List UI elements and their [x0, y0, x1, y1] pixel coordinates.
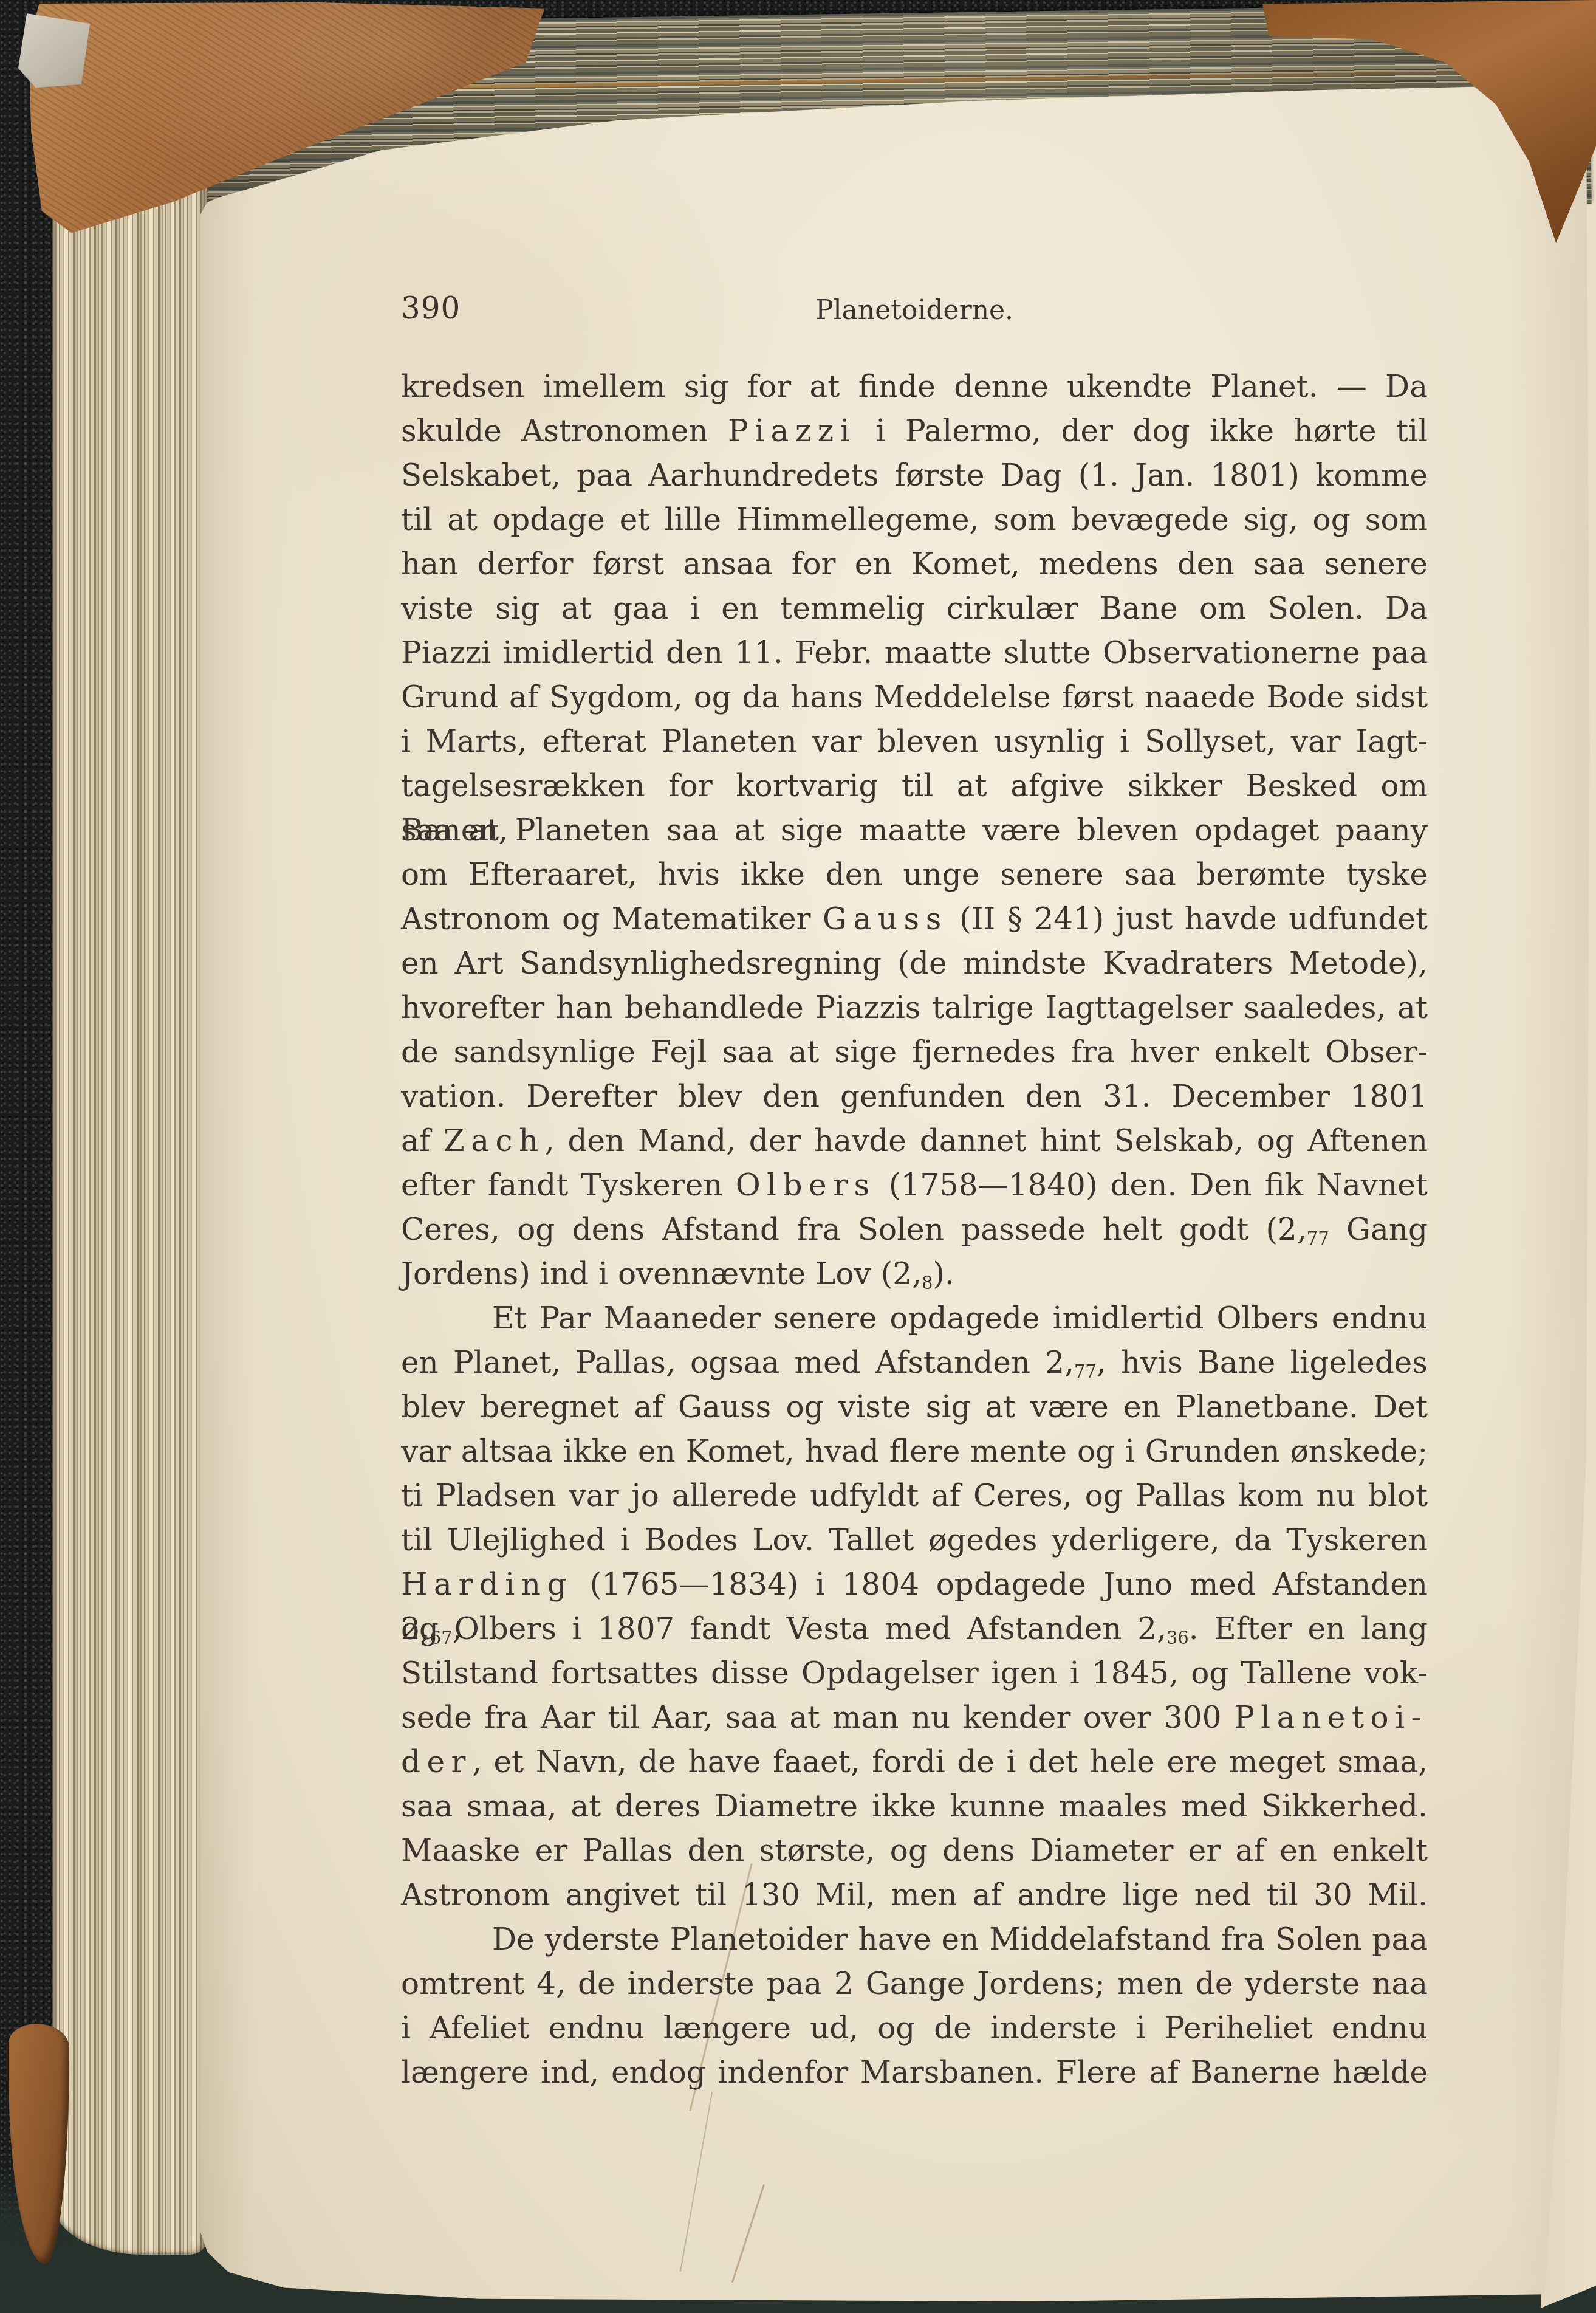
letterspaced-name: Planetoi-: [1234, 1700, 1428, 1735]
text-line: blev beregnet af Gauss og viste sig at v…: [401, 1385, 1428, 1429]
letterspaced-name: Zach: [444, 1123, 545, 1158]
text-line: en Art Sandsynlighedsregning (de mindste…: [401, 941, 1428, 986]
text-line: til at opdage et lille Himmellegeme, som…: [401, 498, 1428, 542]
text-line: Maaske er Pallas den største, og dens Di…: [401, 1829, 1428, 1873]
text-line: var altsaa ikke en Komet, hvad flere men…: [401, 1429, 1428, 1474]
letterspaced-name: Gauss: [823, 901, 948, 937]
text-line: Ceres, og dens Afstand fra Solen passede…: [401, 1208, 1428, 1252]
text-line: Astronom og Matematiker Gauss (II § 241)…: [401, 897, 1428, 941]
subscript-decimal: 8: [922, 1273, 933, 1293]
text-line: Jordens) ind i ovennævnte Lov (2,8).: [401, 1252, 1428, 1296]
text-line: i Marts, efterat Planeten var bleven usy…: [401, 720, 1428, 764]
text-line: Et Par Maaneder senere opdagede imidlert…: [401, 1296, 1428, 1341]
text-line: vation. Derefter blev den genfunden den …: [401, 1074, 1428, 1119]
text-line: saa at Planeten saa at sige maatte være …: [401, 808, 1428, 853]
text-line: efter fandt Tyskeren Olbers (1758—1840) …: [401, 1163, 1428, 1208]
text-line: længere ind, endog indenfor Marsbanen. F…: [401, 2050, 1428, 2095]
text-line: en Planet, Pallas, ogsaa med Afstanden 2…: [401, 1341, 1428, 1385]
page-edges-left: [52, 47, 207, 2255]
text-line: saa smaa, at deres Diametre ikke kunne m…: [401, 1784, 1428, 1829]
page-header-row: 390 Planetoiderne.: [401, 290, 1428, 333]
text-line: Astronom angivet til 130 Mil, men af and…: [401, 1873, 1428, 1917]
letterspaced-name: Olbers: [736, 1167, 876, 1203]
text-line: han derfor først ansaa for en Komet, med…: [401, 542, 1428, 586]
text-line: skulde Astronomen Piazzi i Palermo, der …: [401, 409, 1428, 453]
text-line: hvorefter han behandlede Piazzis talrige…: [401, 986, 1428, 1030]
text-line: Stilstand fortsattes disse Opdagelser ig…: [401, 1651, 1428, 1696]
text-line: i Afeliet endnu længere ud, og de inders…: [401, 2006, 1428, 2050]
paper-scrap-top-left: [18, 13, 90, 88]
subscript-decimal: 77: [1307, 1228, 1329, 1249]
text-line: De yderste Planetoider have en Middelafs…: [401, 1917, 1428, 1962]
paragraph: Et Par Maaneder senere opdagede imidlert…: [401, 1296, 1428, 1917]
running-header: Planetoiderne.: [401, 295, 1428, 326]
subscript-decimal: 77: [1074, 1361, 1097, 1382]
text-line: der, et Navn, de have faaet, fordi de i …: [401, 1740, 1428, 1784]
text-line: tagelsesrækken for kortvarig til at afgi…: [401, 764, 1428, 808]
book-photo: 390 Planetoiderne. kredsen imellem sig f…: [0, 0, 1596, 2313]
text-line: viste sig at gaa i en temmelig cirkulær …: [401, 586, 1428, 631]
book-page: 390 Planetoiderne. kredsen imellem sig f…: [200, 79, 1592, 2303]
paragraph: De yderste Planetoider have en Middelafs…: [401, 1917, 1428, 2095]
text-line: kredsen imellem sig for at finde denne u…: [401, 365, 1428, 409]
text-line: ti Pladsen var jo allerede udfyldt af Ce…: [401, 1474, 1428, 1518]
text-line: om Efteraaret, hvis ikke den unge senere…: [401, 853, 1428, 897]
paragraph: kredsen imellem sig for at finde denne u…: [401, 365, 1428, 1296]
letterspaced-name: der: [401, 1744, 472, 1779]
subscript-decimal: 36: [1166, 1627, 1189, 1648]
text-line: sede fra Aar til Aar, saa at man nu kend…: [401, 1696, 1428, 1740]
text-line: de sandsynlige Fejl saa at sige fjernede…: [401, 1030, 1428, 1074]
text-line: og Olbers i 1807 fandt Vesta med Afstand…: [401, 1607, 1428, 1651]
text-line: omtrent 4, de inderste paa 2 Gange Jorde…: [401, 1962, 1428, 2006]
text-line: Piazzi imidlertid den 11. Febr. maatte s…: [401, 631, 1428, 675]
letterspaced-name: Piazzi: [728, 413, 856, 449]
text-line: af Zach, den Mand, der havde dannet hint…: [401, 1119, 1428, 1163]
letterspaced-name: Harding: [401, 1567, 573, 1602]
text-line: Selskabet, paa Aarhundredets første Dag …: [401, 453, 1428, 498]
text-line: til Ulejlighed i Bodes Lov. Tallet øgede…: [401, 1518, 1428, 1562]
text-line: Grund af Sygdom, og da hans Meddelelse f…: [401, 675, 1428, 720]
text-line: Harding (1765—1834) i 1804 opdagede Juno…: [401, 1562, 1428, 1607]
page-text: kredsen imellem sig for at finde denne u…: [401, 365, 1428, 2095]
